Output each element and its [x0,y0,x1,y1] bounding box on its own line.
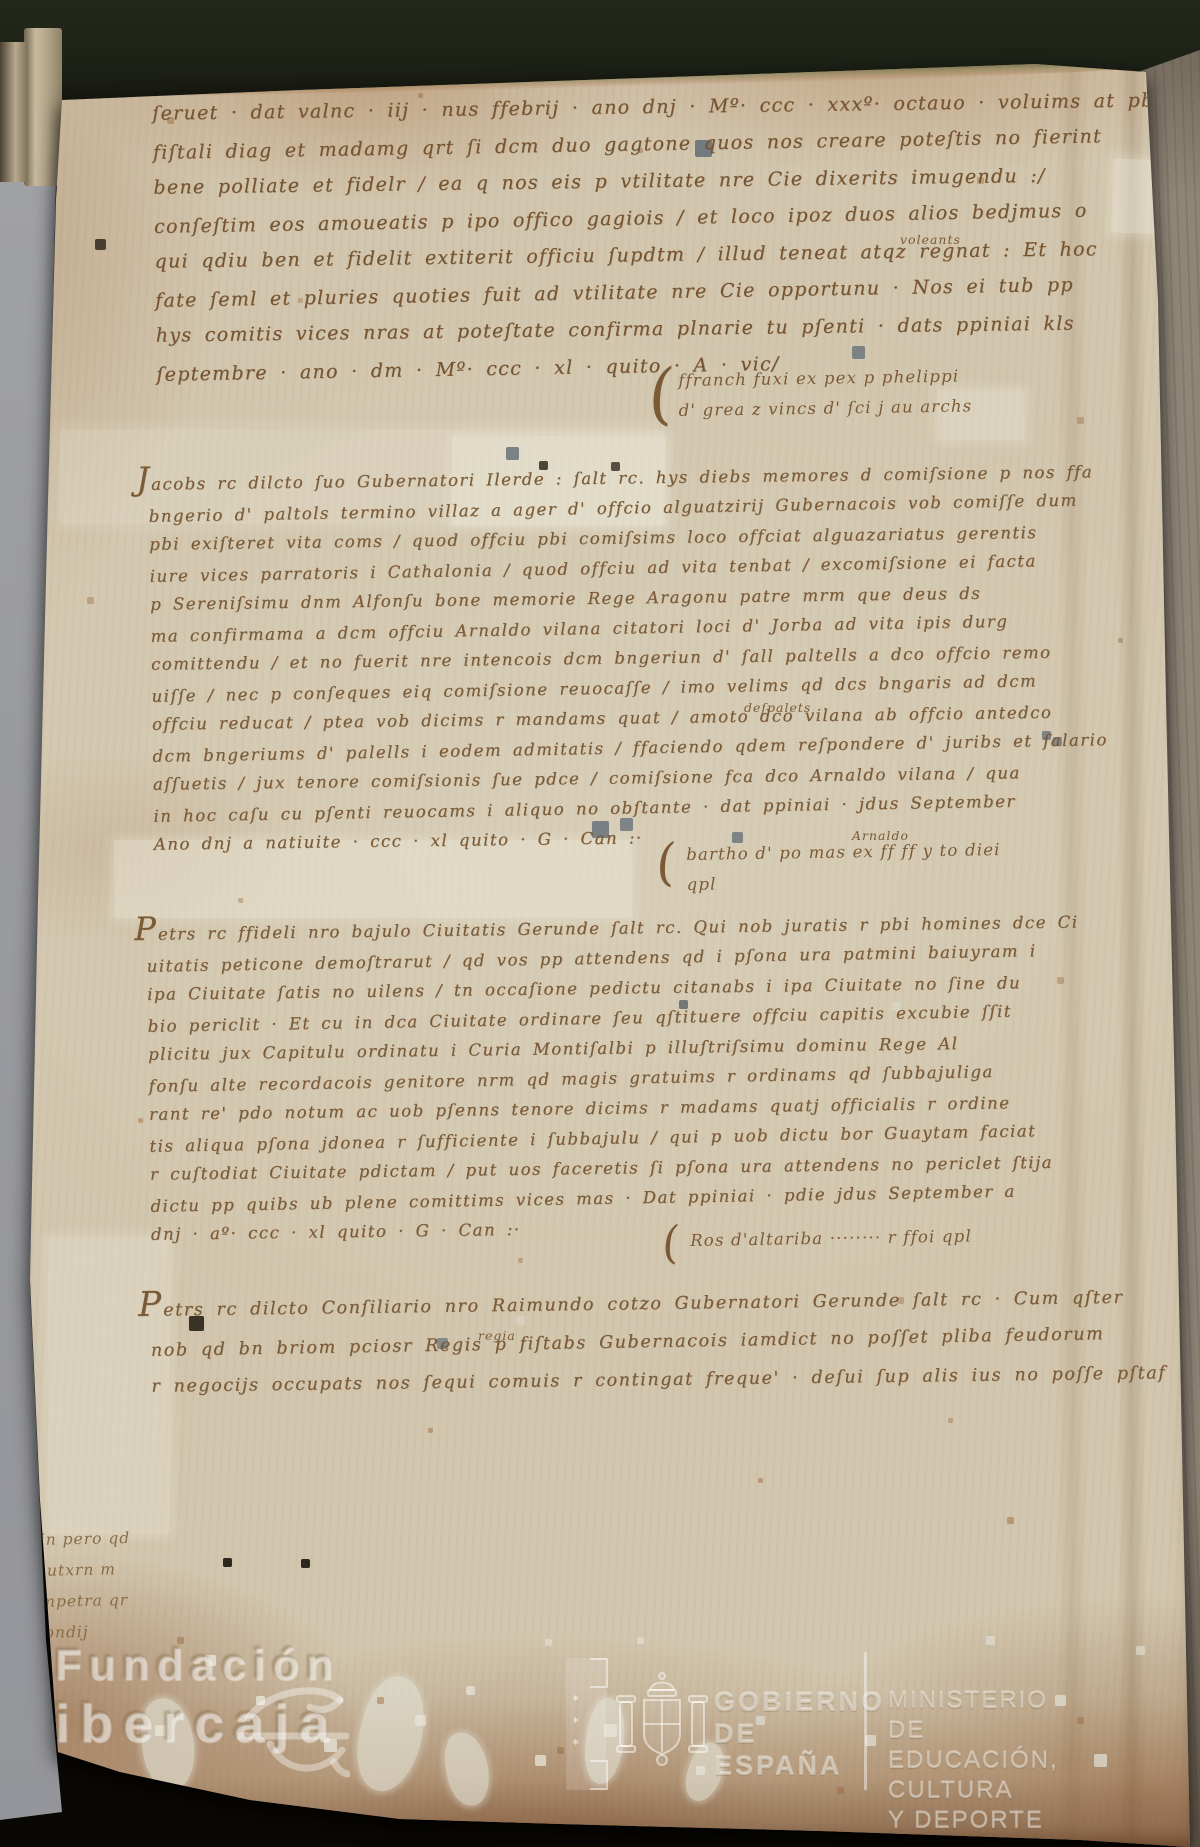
manuscript-paragraph-4: Petrs rc dilcto Conſiliario nro Raimundo… [150,1277,1167,1407]
chancery-signature-2: bartho d' po mas ex ff ff y to dieiqpl [686,835,1001,900]
page-wrap: ſeruet · dat valnc · iij · nus ffebrij ·… [0,0,1200,1847]
flag-corner [590,1658,608,1688]
paper-flecks [0,0,1,1]
foxing-specks [0,0,1,1]
watermark-divider [864,1652,867,1790]
interline-addition: deſpalets [744,700,811,715]
interline-addition: voleants [900,232,961,247]
marginal-note: ſin pero qdGutxrn mimpetra qrcondij [33,1523,133,1649]
archive-photo: ſeruet · dat valnc · iij · nus ffebrij ·… [0,0,1200,1847]
ministry-line3: Y DEPORTE [888,1806,1059,1836]
chancery-signature-1: ffranch fuxi ex pex p phelippid' grea z … [678,361,973,426]
manuscript-line: Gutxrn m [33,1554,131,1587]
manuscript-line: d' grea z vincs d' ſci j au archs [678,391,972,426]
ministry-line1: MINISTERIO [888,1686,1059,1716]
manuscript-line: ffranch fuxi ex pex p phelippi [678,361,972,396]
manuscript-line: Ros d'altariba ········ r ffoi qpl [690,1222,972,1256]
flaked-patch [440,1729,494,1809]
interline-addition: Arnaldo [852,828,909,843]
gobierno-watermark-text: GOBIERNO DE ESPAÑA [714,1686,885,1782]
ministry-line2: DE EDUCACIÓN, CULTURA [888,1716,1059,1806]
manuscript-paragraph-1: ſeruet · dat valnc · iij · nus ffebrij ·… [152,80,1200,393]
manuscript-line: ſin pero qd [33,1523,131,1556]
manuscript-line: bartho d' po mas ex ff ff y to diei [686,835,1001,870]
eu-flag-element: ✶ ✶ ✶ [566,1658,606,1790]
flag-corner [590,1760,608,1790]
star-icon: ✶ [571,1714,580,1727]
gobierno-line1: GOBIERNO [714,1686,885,1718]
flaked-patch [347,1670,435,1798]
gobierno-line2: DE ESPAÑA [714,1718,885,1782]
manuscript-line: qpl [686,865,1001,900]
manuscript-page: ſeruet · dat valnc · iij · nus ffebrij ·… [0,0,1200,1847]
ink-stains [0,0,1,1]
ministry-watermark-text: MINISTERIO DE EDUCACIÓN, CULTURA Y DEPOR… [888,1686,1059,1836]
interline-addition: regia [478,1328,516,1343]
spain-coat-of-arms-icon [612,1668,712,1772]
manuscript-paragraph-3: Petrs rc ffideli nro bajulo Ciuitatis Ge… [146,903,1084,1251]
ibercaja-logo-icon [238,1678,350,1782]
manuscript-line: impetra qr [34,1585,132,1618]
chancery-signature-3: Ros d'altariba ········ r ffoi qpl [690,1222,972,1256]
manuscript-paragraph-2: Jacobs rc dilcto ſuo Gubernatori Ilerde … [148,453,1110,861]
star-icon: ✶ [571,1692,580,1705]
star-icon: ✶ [571,1736,580,1749]
